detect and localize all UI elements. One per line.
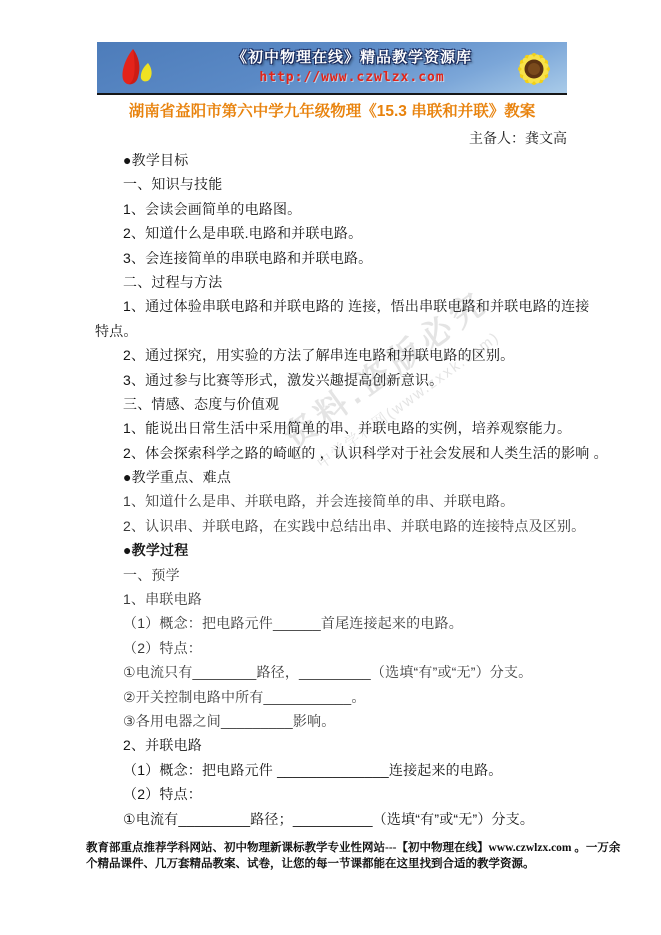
banner-site-url: http://www.czwlzx.com bbox=[207, 70, 497, 85]
footer-line: 个精品课件、几万套精品教案、试卷，让您的每一节课都能在这里找到合适的教学资源。 bbox=[86, 856, 576, 872]
doc-line: 1、知道什么是串、并联电路，并会连接简单的串、并联电路。 bbox=[95, 489, 575, 513]
doc-line: ●教学重点、难点 bbox=[95, 465, 575, 489]
doc-line: 1、能说出日常生活中采用简单的串、并联电路的实例，培养观察能力。 bbox=[95, 416, 575, 440]
site-banner: 《初中物理在线》精品教学资源库 http://www.czwlzx.com bbox=[97, 42, 567, 95]
banner-text-block: 《初中物理在线》精品教学资源库 http://www.czwlzx.com bbox=[207, 46, 497, 85]
doc-line: （1）概念：把电路元件______首尾连接起来的电路。 bbox=[95, 611, 575, 635]
doc-line: 2、并联电路 bbox=[95, 733, 575, 757]
doc-line: ②开关控制电路中所有___________。 bbox=[95, 685, 575, 709]
doc-line: 一、知识与技能 bbox=[95, 172, 575, 196]
flame-logo-icon bbox=[119, 48, 165, 95]
doc-line: ③各用电器之间_________影响。 bbox=[95, 709, 575, 733]
doc-line: 2、知道什么是串联.电路和并联电路。 bbox=[95, 221, 575, 245]
doc-line: （2）特点： bbox=[95, 782, 575, 806]
doc-line: ①电流只有________路径，_________（选填“有”或“无”）分支。 bbox=[95, 660, 575, 684]
doc-line: 2、认识串、并联电路，在实践中总结出串、并联电路的连接特点及区别。 bbox=[95, 514, 575, 538]
doc-line: 1、会读会画简单的电路图。 bbox=[95, 197, 575, 221]
banner-site-name: 《初中物理在线》精品教学资源库 bbox=[207, 46, 497, 67]
doc-line: 特点。 bbox=[95, 319, 575, 343]
doc-line: 2、体会探索科学之路的崎岖的 ，认识科学对于社会发展和人类生活的影响 。 bbox=[95, 441, 575, 465]
doc-line: 1、通过体验串联电路和并联电路的 连接，悟出串联电路和并联电路的连接 bbox=[95, 294, 575, 318]
doc-line: 1、串联电路 bbox=[95, 587, 575, 611]
doc-line: （2）特点： bbox=[95, 636, 575, 660]
doc-line: 三、情感、态度与价值观 bbox=[95, 392, 575, 416]
doc-line: （1）概念：把电路元件 ______________连接起来的电路。 bbox=[95, 758, 575, 782]
doc-line: ①电流有_________路径；__________（选填“有”或“无”）分支。 bbox=[95, 807, 575, 831]
footer-line: 教育部重点推荐学科网站、初中物理新课标教学专业性网站---【初中物理在线】www… bbox=[86, 840, 576, 856]
sunflower-icon bbox=[503, 42, 565, 95]
doc-line: 3、通过参与比赛等形式，激发兴趣提高创新意识。 bbox=[95, 368, 575, 392]
doc-line: 2、通过探究，用实验的方法了解串连电路和并联电路的区别。 bbox=[95, 343, 575, 367]
doc-line: 一、预学 bbox=[95, 563, 575, 587]
doc-line: 二、过程与方法 bbox=[95, 270, 575, 294]
author-line: 主备人：龚文高 bbox=[97, 128, 567, 148]
page-title: 湖南省益阳市第六中学九年级物理《15.3 串联和并联》教案 bbox=[97, 99, 567, 121]
footer: 教育部重点推荐学科网站、初中物理新课标教学专业性网站---【初中物理在线】www… bbox=[86, 840, 576, 872]
document-body: ●教学目标一、知识与技能1、会读会画简单的电路图。2、知道什么是串联.电路和并联… bbox=[95, 148, 575, 831]
doc-line: ●教学过程 bbox=[95, 538, 575, 562]
doc-line: 3、会连接简单的串联电路和并联电路。 bbox=[95, 246, 575, 270]
document-page: { "banner": { "site_name": "《初中物理在线》精品教学… bbox=[0, 0, 661, 935]
doc-line: ●教学目标 bbox=[95, 148, 575, 172]
